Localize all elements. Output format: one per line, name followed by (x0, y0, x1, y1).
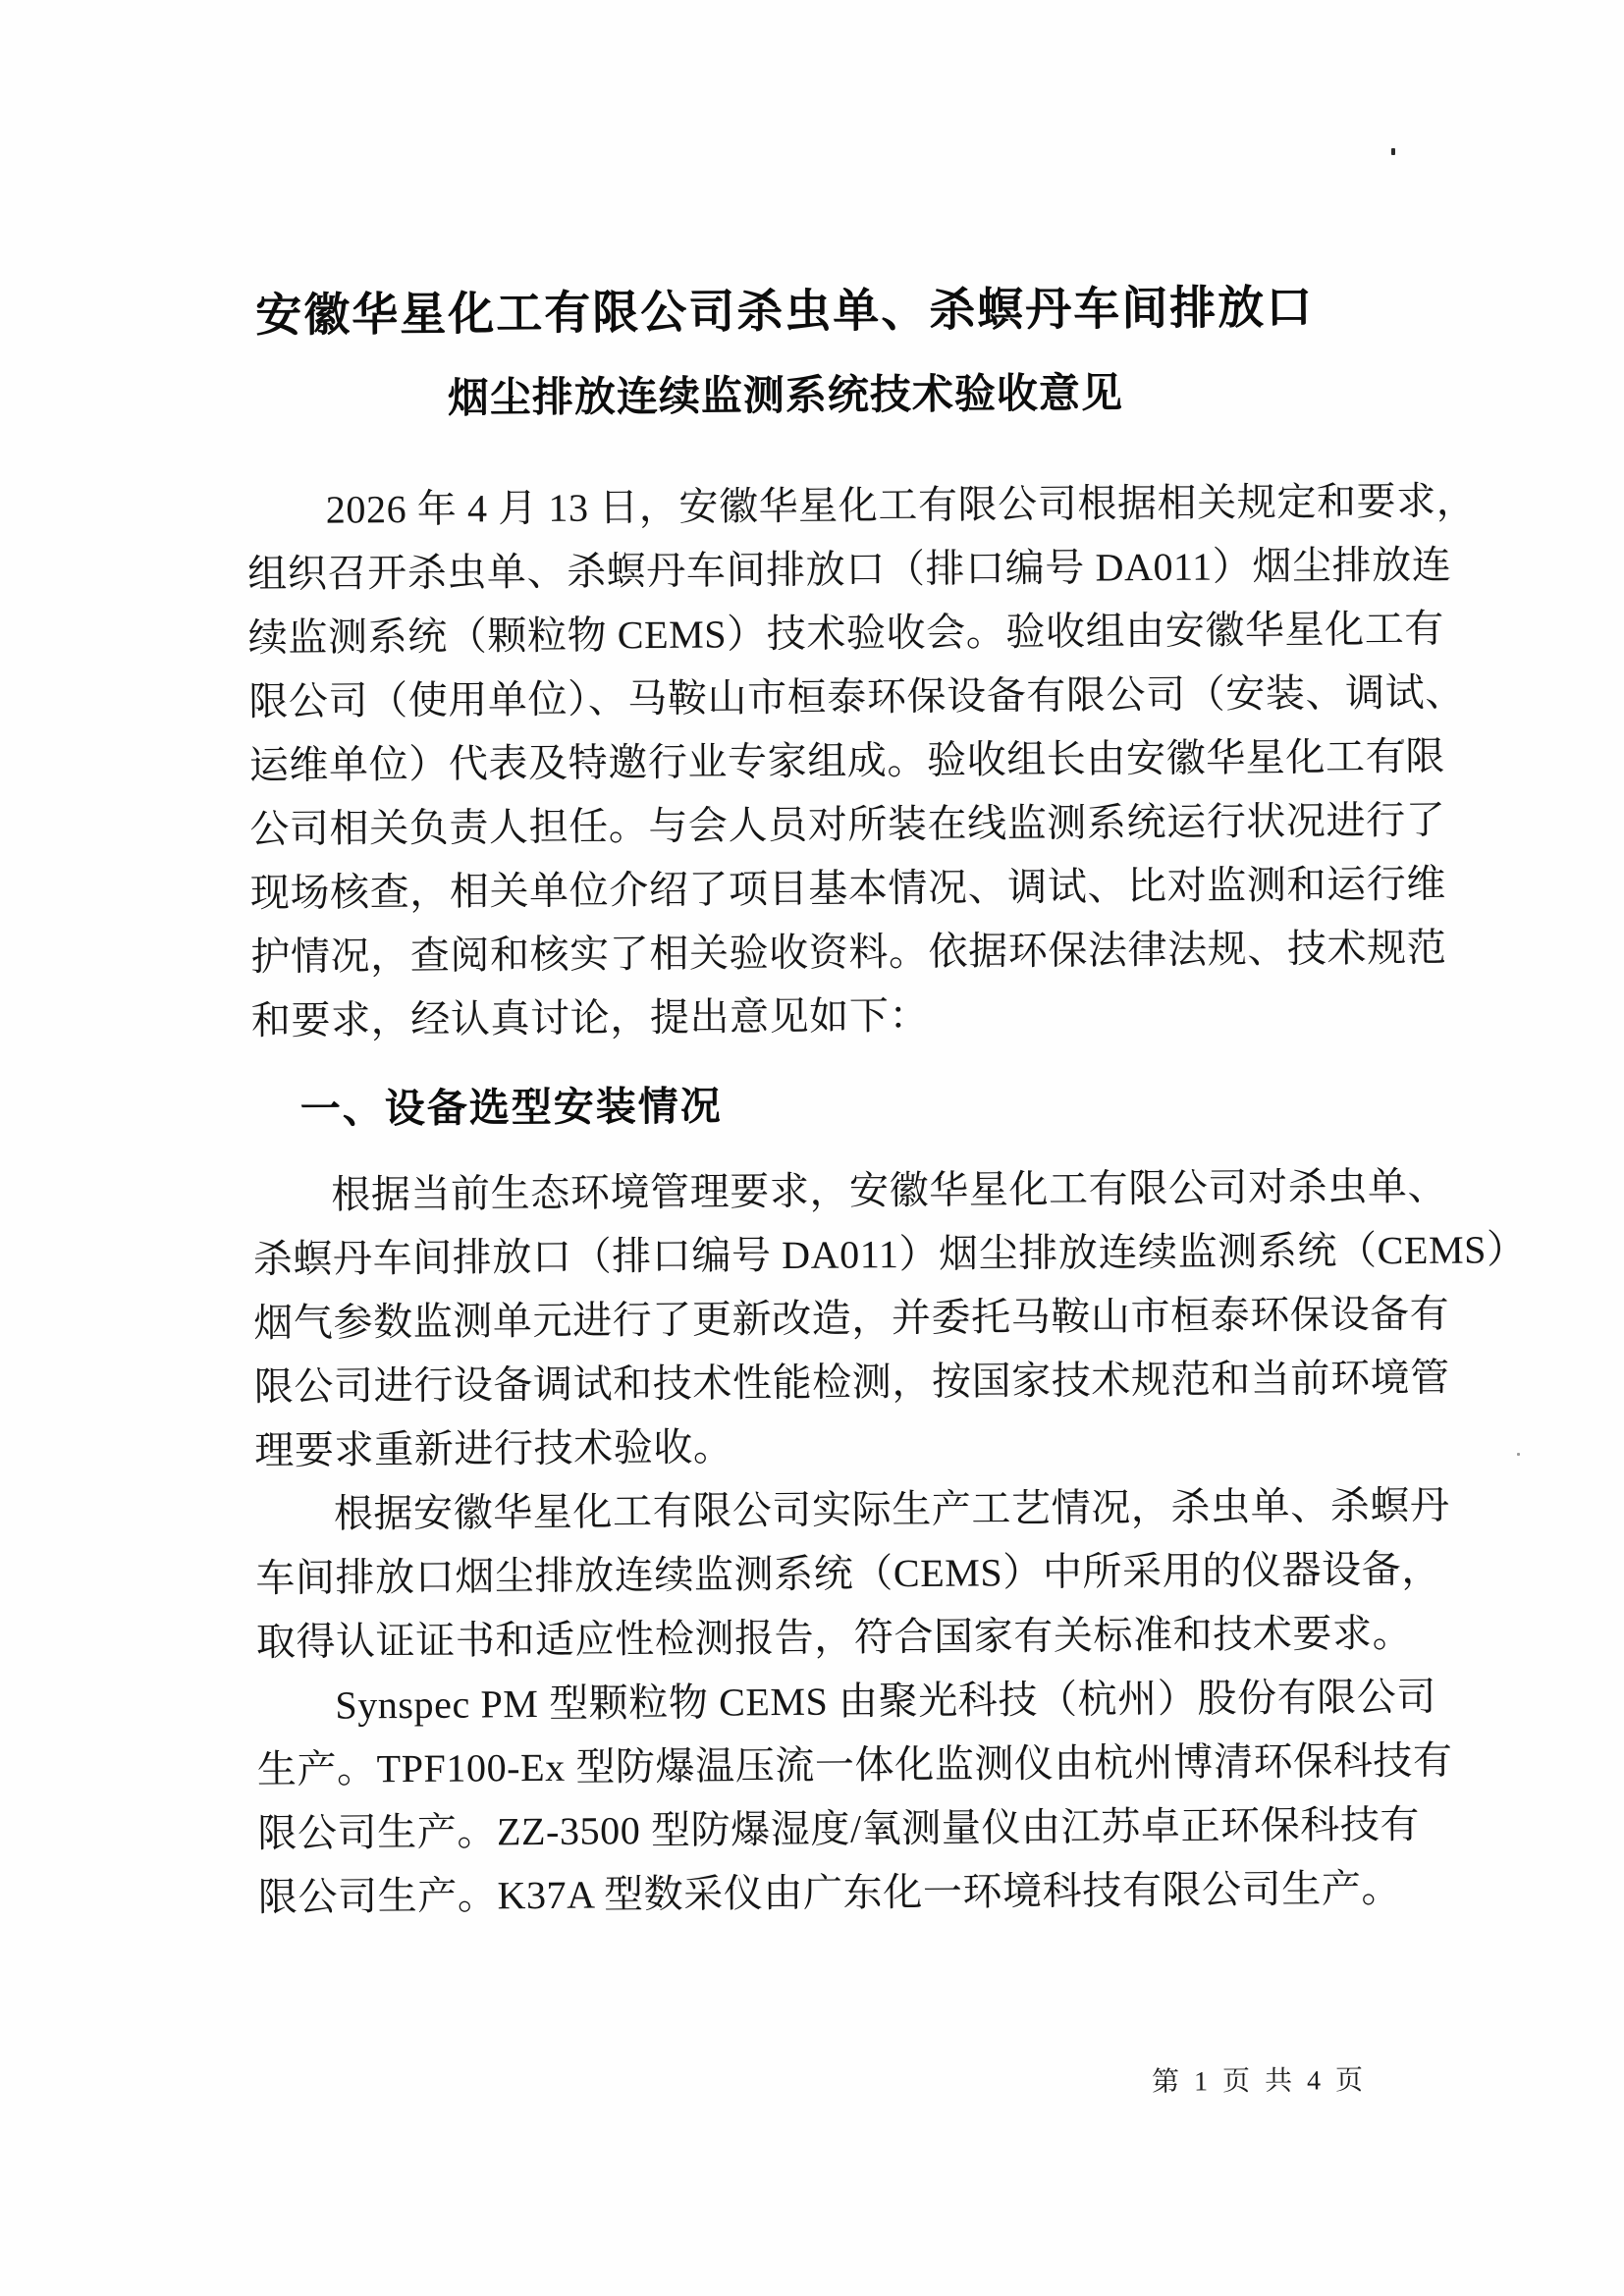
section-1-paragraph-3: Synspec PM 型颗粒物 CEMS 由聚光科技（杭州）股份有限公司生产。T… (256, 1666, 1336, 1930)
document-title-line2: 烟尘排放连续监测系统技术验收意见 (246, 363, 1325, 431)
text-line: 限公司进行设备调试和技术性能检测，按国家技术规范和当前环境管 (254, 1347, 1332, 1419)
scan-artifact-speck (1517, 1453, 1520, 1456)
text-line: 续监测系统（颗粒物 CEMS）技术验收会。验收组由安徽华星化工有 (248, 598, 1326, 670)
text-line: 理要求重新进行技术验收。 (254, 1411, 1332, 1483)
text-line: 杀螟丹车间排放口（排口编号 DA011）烟尘排放连续监测系统（CEMS） (253, 1219, 1331, 1292)
document-content: 安徽华星化工有限公司杀虫单、杀螟丹车间排放口 烟尘排放连续监测系统技术验收意见 … (245, 279, 1336, 1930)
scanned-document-page: 安徽华星化工有限公司杀虫单、杀螟丹车间排放口 烟尘排放连续监测系统技术验收意见 … (0, 0, 1624, 2296)
text-line: 限公司生产。K37A 型数采仪由广东化一环境科技有限公司生产。 (258, 1857, 1336, 1930)
intro-paragraph: 2026 年 4 月 13 日，安徽华星化工有限公司根据相关规定和要求，组织召开… (247, 470, 1330, 1053)
text-line: 限公司（使用单位）、马鞍山市桓泰环保设备有限公司（安装、调试、 (248, 662, 1326, 734)
text-line: 车间排放口烟尘排放连续监测系统（CEMS）中所采用的仪器设备， (255, 1538, 1333, 1611)
text-line: Synspec PM 型颗粒物 CEMS 由聚光科技（杭州）股份有限公司 (256, 1666, 1334, 1738)
text-line: 现场核查，相关单位介绍了项目基本情况、调试、比对监测和运行维 (250, 853, 1328, 926)
document-body: 2026 年 4 月 13 日，安徽华星化工有限公司根据相关规定和要求，组织召开… (247, 470, 1337, 1930)
text-line: 生产。TPF100-Ex 型防爆温压流一体化监测仪由杭州博清环保科技有 (257, 1730, 1335, 1802)
text-line: 公司相关负责人担任。与会人员对所装在线监测系统运行状况进行了 (249, 789, 1327, 862)
section-1-heading: 一、设备选型安装情况 (251, 1070, 1329, 1143)
text-line: 烟气参数监测单元进行了更新改造，并委托马鞍山市桓泰环保设备有 (253, 1283, 1331, 1356)
section-1-paragraph-2: 根据安徽华星化工有限公司实际生产工艺情况，杀虫单、杀螟丹车间排放口烟尘排放连续监… (255, 1474, 1334, 1675)
text-line: 和要求，经认真讨论，提出意见如下： (251, 981, 1329, 1053)
text-line: 组织召开杀虫单、杀螟丹车间排放口（排口编号 DA011）烟尘排放连 (247, 534, 1326, 607)
scan-artifact-speck (952, 619, 956, 623)
text-line: 取得认证证书和适应性检测报告，符合国家有关标准和技术要求。 (256, 1602, 1334, 1675)
scan-artifact-speck (1401, 739, 1404, 743)
scan-artifact-speck (1391, 148, 1395, 155)
text-line: 根据安徽华星化工有限公司实际生产工艺情况，杀虫单、杀螟丹 (255, 1474, 1333, 1547)
text-line: 2026 年 4 月 13 日，安徽华星化工有限公司根据相关规定和要求， (247, 470, 1326, 543)
page-number-footer: 第 1 页 共 4 页 (1152, 2058, 1367, 2100)
section-1-paragraph-1: 根据当前生态环境管理要求，安徽华星化工有限公司对杀虫单、杀螟丹车间排放口（排口编… (252, 1155, 1333, 1483)
text-line: 护情况，查阅和核实了相关验收资料。依据环保法律法规、技术规范 (250, 917, 1328, 989)
text-line: 根据当前生态环境管理要求，安徽华星化工有限公司对杀虫单、 (252, 1155, 1330, 1228)
text-line: 限公司生产。ZZ-3500 型防爆湿度/氧测量仪由江苏卓正环保科技有 (257, 1793, 1335, 1866)
text-line: 运维单位）代表及特邀行业专家组成。验收组长由安徽华星化工有限 (249, 725, 1327, 798)
document-title-line1: 安徽华星化工有限公司杀虫单、杀螟丹车间排放口 (245, 279, 1324, 347)
